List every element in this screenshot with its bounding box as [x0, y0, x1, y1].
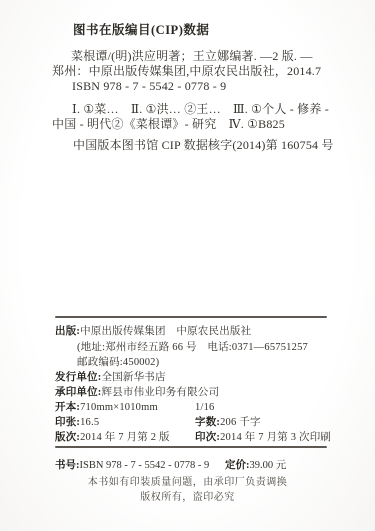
- book-number: 书号:ISBN 978 - 7 - 5542 - 0778 - 9: [55, 460, 209, 471]
- edition-value: 2014 年 7 月第 2 版: [80, 432, 170, 443]
- printer-value: 辉县市伟业印务有限公司: [102, 387, 220, 398]
- printer-row: 承印单位:辉县市伟业印务有限公司: [55, 387, 219, 399]
- cip-classification-line-1: Ⅰ. ①菜… Ⅱ. ①洪… ②王… Ⅲ. ①个人 - 修养 -: [72, 103, 329, 116]
- sheets-label: 印张:: [55, 417, 80, 428]
- word-count-label: 字数:: [195, 417, 220, 428]
- edition-row: 版次:2014 年 7 月第 2 版 印次:2014 年 7 月第 3 次印刷: [55, 432, 327, 444]
- publisher-label: 出版:: [55, 326, 80, 337]
- edition-left: 版次:2014 年 7 月第 2 版: [55, 432, 170, 443]
- cip-classification-line-2: 中国 - 明代②《菜根谭》- 研究 Ⅳ. ①B825: [52, 118, 285, 131]
- price-label: 定价:: [225, 460, 250, 471]
- sheets-value: 16.5: [80, 417, 99, 428]
- sheets-left: 印张:16.5: [55, 417, 99, 428]
- price-value: 39.00 元: [250, 460, 287, 471]
- word-count: 字数:206 千字: [195, 417, 261, 429]
- distributor-value: 全国新华书店: [102, 372, 166, 383]
- printer-label: 承印单位:: [55, 387, 102, 398]
- cip-description-line-1: 菜根谭/(明)洪应明著；王立娜编著. —2 版. —: [71, 50, 313, 63]
- price: 定价:39.00 元: [225, 457, 286, 472]
- publisher-address-line: (地址:郑州市经五路 66 号 电话:0371—65751257: [77, 342, 308, 354]
- book-number-row: 书号:ISBN 978 - 7 - 5542 - 0778 - 9 定价:39.…: [55, 457, 327, 472]
- format-fraction: 1/16: [195, 402, 214, 414]
- printing-info: 印次:2014 年 7 月第 3 次印刷: [195, 432, 331, 444]
- cip-header: 图书在版编目(CIP)数据: [73, 20, 209, 38]
- edition-label: 版次:: [55, 432, 80, 443]
- sheets-row: 印张:16.5 字数:206 千字: [55, 417, 327, 429]
- quality-notice: 本书如有印装质量问题，由承印厂负责调换: [0, 473, 375, 488]
- cip-isbn-line: ISBN 978 - 7 - 5542 - 0778 - 9: [72, 80, 226, 93]
- format-left: 开本:710mm×1010mm: [55, 402, 158, 413]
- copyright-notice: 版权所有，盗印必究: [0, 488, 375, 503]
- publisher-row: 出版:中原出版传媒集团 中原农民出版社: [55, 326, 251, 338]
- cip-description-line-2: 郑州：中原出版传媒集团,中原农民出版社，2014.7: [52, 65, 321, 78]
- divider-rule-bottom: [55, 446, 327, 448]
- format-label: 开本:: [55, 402, 80, 413]
- format-row: 开本:710mm×1010mm 1/16: [55, 402, 327, 414]
- divider-rule-top: [55, 316, 327, 318]
- format-value: 710mm×1010mm: [80, 402, 158, 413]
- printing-value: 2014 年 7 月第 3 次印刷: [220, 432, 331, 443]
- publisher-postcode-line: 邮政编码:450002): [77, 357, 159, 369]
- book-number-value: ISBN 978 - 7 - 5542 - 0778 - 9: [80, 460, 210, 471]
- cip-record-line: 中国版本图书馆 CIP 数据核字(2014)第 160754 号: [73, 139, 334, 152]
- distributor-row: 发行单位:全国新华书店: [55, 372, 166, 384]
- book-number-label: 书号:: [55, 460, 80, 471]
- printing-label: 印次:: [195, 432, 220, 443]
- distributor-label: 发行单位:: [55, 372, 102, 383]
- publisher-value: 中原出版传媒集团 中原农民出版社: [80, 326, 251, 337]
- word-count-value: 206 千字: [220, 417, 261, 428]
- copyright-page: 图书在版编目(CIP)数据 菜根谭/(明)洪应明著；王立娜编著. —2 版. —…: [0, 0, 375, 531]
